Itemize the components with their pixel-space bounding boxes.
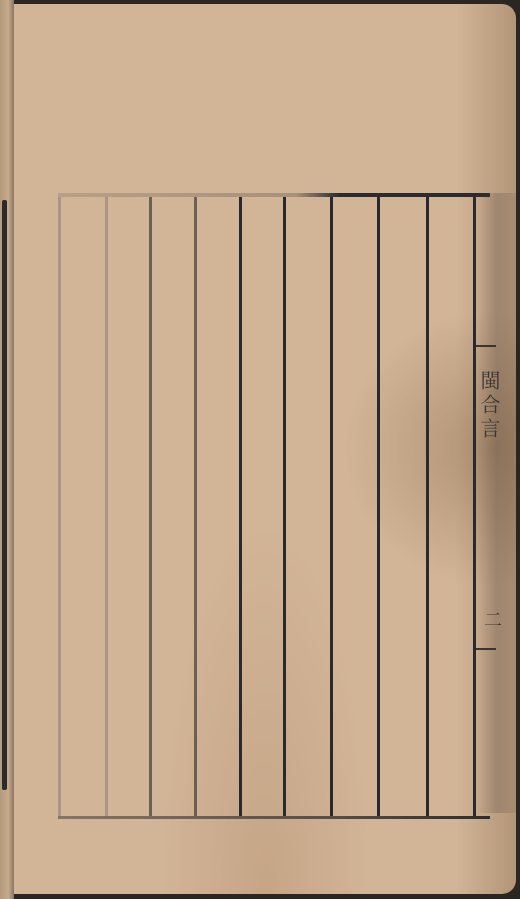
left-leaf-border-rule	[2, 200, 7, 790]
text-column	[243, 203, 283, 809]
frame-bottom-border	[58, 816, 490, 819]
column-rule	[473, 197, 476, 816]
banxin-page-number: 二	[480, 610, 504, 628]
banxin-title: 閩合言	[480, 370, 504, 442]
fishtail-mark	[476, 345, 496, 347]
column-rule	[239, 197, 242, 816]
column-rule	[283, 197, 286, 816]
text-column	[287, 203, 327, 809]
text-column	[381, 203, 421, 809]
column-rule	[377, 197, 380, 816]
column-rule	[330, 197, 333, 816]
fishtail-mark	[476, 648, 496, 650]
left-facing-leaf	[0, 0, 14, 899]
paper-page	[14, 4, 516, 894]
column-rule	[58, 197, 61, 816]
column-rule	[426, 197, 429, 816]
text-column	[334, 203, 374, 809]
column-rule	[194, 197, 197, 816]
printed-frame	[58, 193, 490, 819]
text-column	[108, 203, 148, 809]
column-rule	[149, 197, 152, 816]
text-column	[153, 203, 193, 809]
banxin-margin	[478, 193, 516, 813]
text-column	[430, 203, 470, 809]
page-scan: 閩合言 二	[0, 0, 520, 899]
text-column	[62, 203, 102, 809]
text-column	[198, 203, 238, 809]
